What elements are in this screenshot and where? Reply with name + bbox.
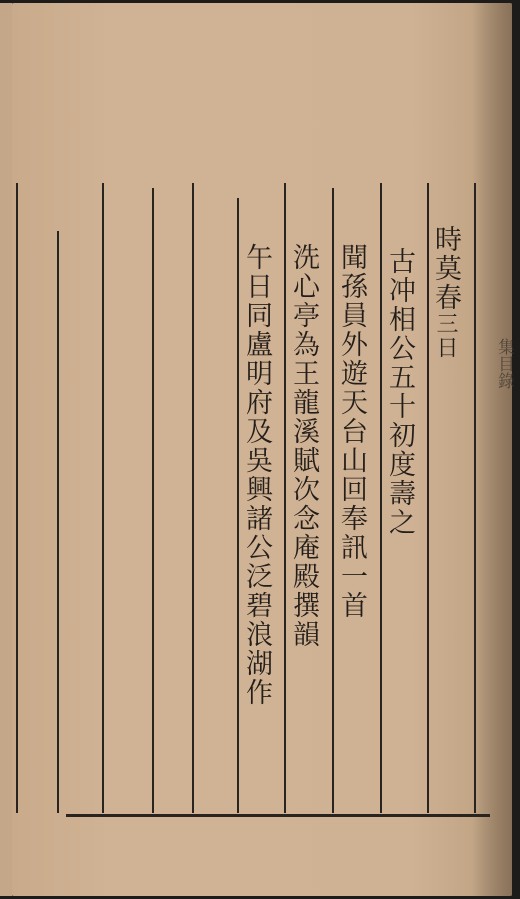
column-5-text: 午日同盧明府及吳興諸公泛碧浪湖作 xyxy=(241,243,272,707)
column-3-text: 聞孫員外遊天台山回奉訊一首 xyxy=(336,243,367,620)
column-rule xyxy=(237,198,239,813)
column-rule xyxy=(474,183,476,813)
column-4-text: 洗心亭為王龍溪賦次念庵殿撰韻 xyxy=(288,243,319,649)
column-rule xyxy=(57,231,59,813)
text-column-2: 古冲相公五十初度壽之 xyxy=(386,247,413,537)
text-column-4: 洗心亭為王龍溪賦次念庵殿撰韻 xyxy=(290,243,317,649)
column-2-text: 古冲相公五十初度壽之 xyxy=(384,247,415,537)
book-page: 時莫春三日 古冲相公五十初度壽之 聞孫員外遊天台山回奉訊一首 洗心亭為王龍溪賦次… xyxy=(12,3,512,896)
column-rule xyxy=(16,183,18,813)
column-rule xyxy=(427,183,429,813)
column-rule xyxy=(192,183,194,813)
column-rule xyxy=(102,183,104,813)
text-column-3: 聞孫員外遊天台山回奉訊一首 xyxy=(338,243,365,620)
column-rule xyxy=(380,183,382,813)
text-column-5: 午日同盧明府及吳興諸公泛碧浪湖作 xyxy=(243,243,270,707)
text-column-1: 時莫春三日 xyxy=(432,225,459,360)
column-1-main: 時莫春 xyxy=(430,225,461,312)
column-1-sub: 三日 xyxy=(433,312,458,360)
page-edge-stain xyxy=(472,3,512,896)
column-rule xyxy=(332,188,334,813)
bleed-through-text xyxy=(110,263,145,335)
frame-bottom-border xyxy=(66,814,490,817)
margin-label: 集目錄 xyxy=(492,338,517,389)
column-rule xyxy=(284,183,286,813)
column-rule xyxy=(152,188,154,813)
